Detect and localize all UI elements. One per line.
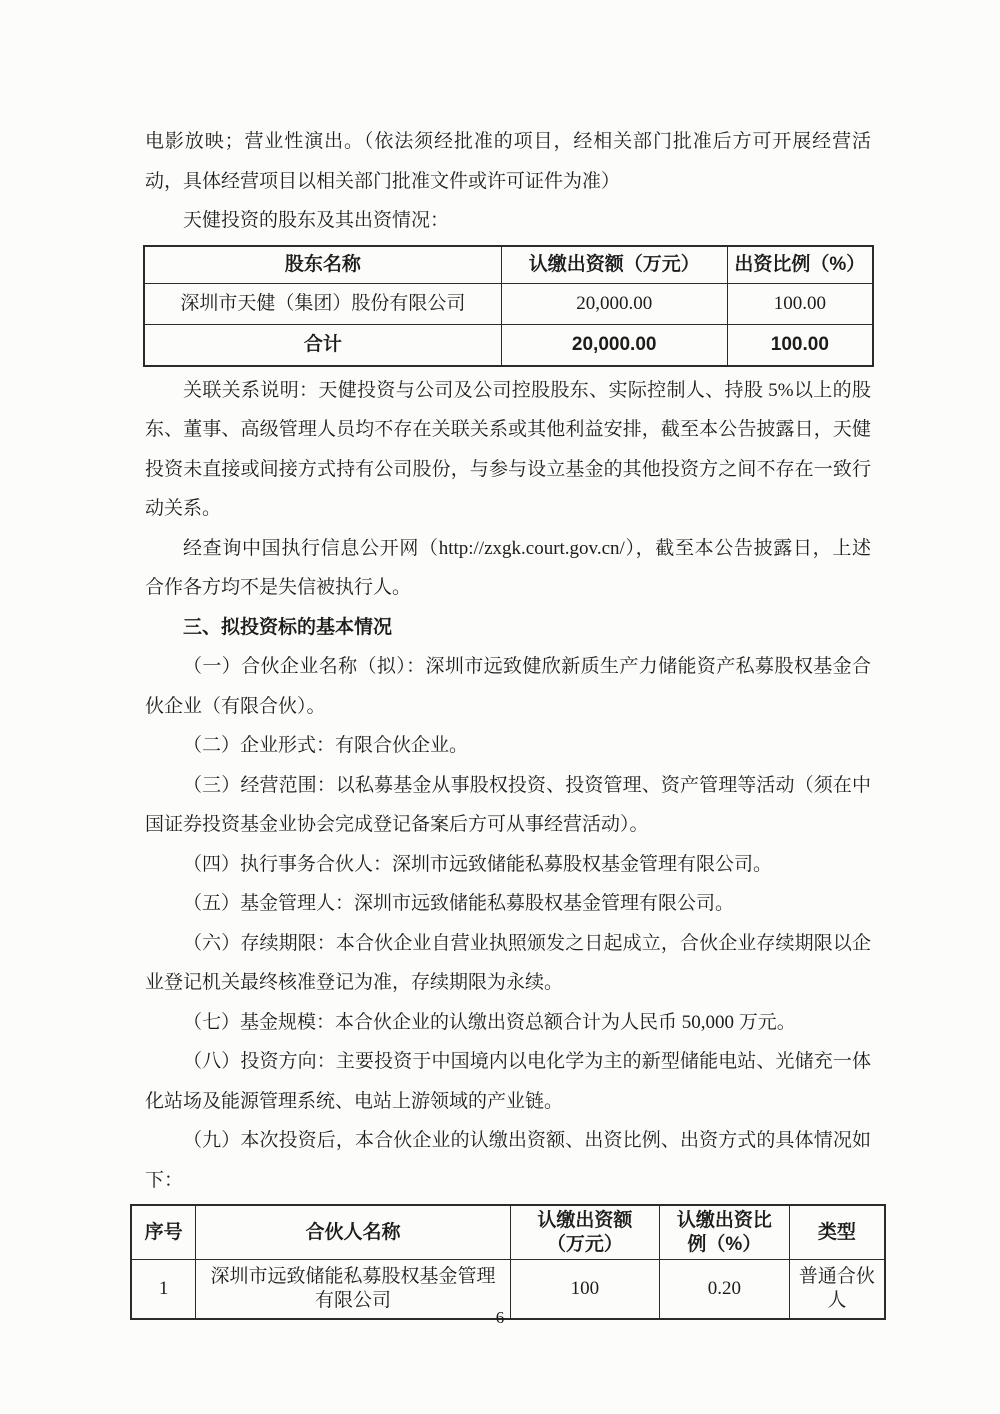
partner-capital-header: 认缴出资额 （万元） <box>510 1205 659 1260</box>
paragraph-business-scope: 电影放映；营业性演出。（依法须经批准的项目，经相关部门批准后方可开展经营活动，具… <box>145 122 871 201</box>
total-ratio-cell: 100.00 <box>727 324 873 366</box>
page-number: 6 <box>0 1308 1000 1328</box>
capital-ratio-header: 出资比例（%） <box>727 246 873 284</box>
item-3-business-scope: （三）经营范围：以私募基金从事股权投资、投资管理、资产管理等活动（须在中国证券投… <box>145 766 871 845</box>
item-6-duration: （六）存续期限：本合伙企业自营业执照颁发之日起成立，合伙企业存续期限以企业登记机… <box>145 924 871 1003</box>
item-2-enterprise-form: （二）企业形式：有限合伙企业。 <box>145 726 871 766</box>
partner-type-header: 类型 <box>789 1205 885 1260</box>
capital-ratio-cell: 100.00 <box>727 283 873 324</box>
shareholder-table-header-row: 股东名称 认缴出资额（万元） 出资比例（%） <box>144 246 873 284</box>
paragraph-shareholder-intro: 天健投资的股东及其出资情况： <box>145 201 871 241</box>
total-row: 合计 20,000.00 100.00 <box>144 324 873 366</box>
item-7-fund-size: （七）基金规模：本合伙企业的认缴出资总额合计为人民币 50,000 万元。 <box>145 1003 871 1043</box>
item-1-partnership-name: （一）合伙企业名称（拟）：深圳市远致健欣新质生产力储能资产私募股权基金合伙企业（… <box>145 647 871 726</box>
partner-table-header-row: 序号 合伙人名称 认缴出资额 （万元） 认缴出资比 例（%） 类型 <box>131 1205 885 1260</box>
item-8-investment-direction: （八）投资方向：主要投资于中国境内以电化学为主的新型储能电站、光储充一体化站场及… <box>145 1042 871 1121</box>
document-page: 电影放映；营业性演出。（依法须经批准的项目，经相关部门批准后方可开展经营活动，具… <box>0 0 1000 1414</box>
page-content: 电影放映；营业性演出。（依法须经批准的项目，经相关部门批准后方可开展经营活动，具… <box>130 122 886 1320</box>
partner-table: 序号 合伙人名称 认缴出资额 （万元） 认缴出资比 例（%） 类型 1 深圳市远… <box>130 1204 886 1320</box>
shareholder-table: 股东名称 认缴出资额（万元） 出资比例（%） 深圳市天健（集团）股份有限公司 2… <box>143 245 874 367</box>
table-row: 深圳市天健（集团）股份有限公司 20,000.00 100.00 <box>144 283 873 324</box>
partner-ratio-header: 认缴出资比 例（%） <box>660 1205 790 1260</box>
shareholder-name-header: 股东名称 <box>144 246 501 284</box>
item-5-fund-manager: （五）基金管理人：深圳市远致储能私募股权基金管理有限公司。 <box>145 884 871 924</box>
serial-number-header: 序号 <box>131 1205 196 1260</box>
shareholder-name-cell: 深圳市天健（集团）股份有限公司 <box>144 283 501 324</box>
subscribed-capital-header: 认缴出资额（万元） <box>501 246 727 284</box>
item-4-executive-partner: （四）执行事务合伙人：深圳市远致储能私募股权基金管理有限公司。 <box>145 845 871 885</box>
total-capital-cell: 20,000.00 <box>501 324 727 366</box>
item-9-post-investment: （九）本次投资后，本合伙企业的认缴出资额、出资比例、出资方式的具体情况如下： <box>145 1121 871 1200</box>
total-label-cell: 合计 <box>144 324 501 366</box>
partner-name-header: 合伙人名称 <box>196 1205 510 1260</box>
paragraph-relationship: 关联关系说明：天健投资与公司及公司控股股东、实际控制人、持股 5%以上的股东、董… <box>145 371 871 529</box>
paragraph-court-check: 经查询中国执行信息公开网（http://zxgk.court.gov.cn/），… <box>145 529 871 608</box>
section-heading: 三、拟投资标的基本情况 <box>145 608 871 648</box>
subscribed-capital-cell: 20,000.00 <box>501 283 727 324</box>
